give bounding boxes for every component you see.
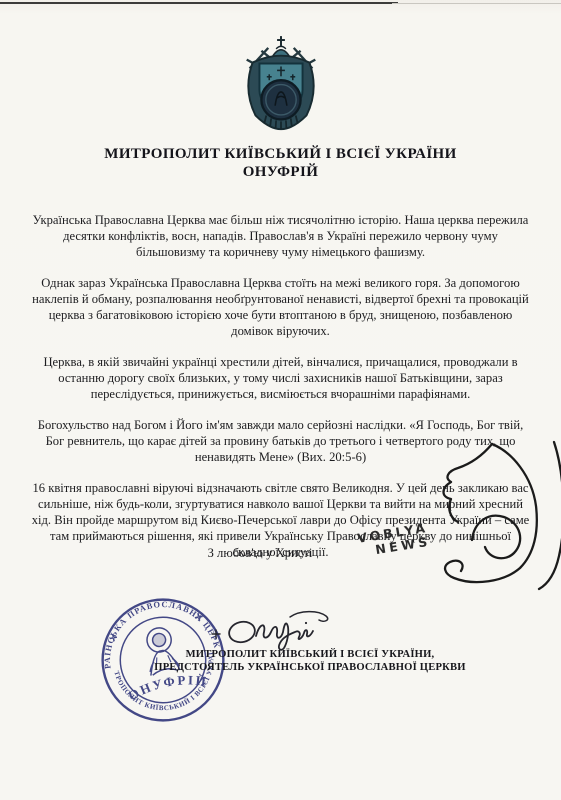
arms-mitre-detail [276, 46, 286, 48]
paragraph-3: Церква, в якій звичайні українці хрестил… [30, 354, 531, 402]
arms-top-cross-icon [277, 36, 285, 46]
signature-title-line-1: МИТРОПОЛИТ КИЇВСЬКИЙ І ВСІЄЇ УКРАЇНИ, [100, 648, 520, 661]
scanned-letter-page: МИТРОПОЛИТ КИЇВСЬКИЙ І ВСІЄЇ УКРАЇНИ ОНУ… [0, 0, 561, 800]
metropolitan-coat-of-arms-icon [232, 34, 330, 146]
arms-medallion-icon [261, 80, 300, 119]
paragraph-1: Українська Православна Церква має більш … [30, 212, 531, 260]
signature-title-block: МИТРОПОЛИТ КИЇВСЬКИЙ І ВСІЄЇ УКРАЇНИ, ПР… [100, 648, 520, 674]
letter-heading: МИТРОПОЛИТ КИЇВСЬКИЙ І ВСІЄЇ УКРАЇНИ ОНУ… [0, 145, 561, 181]
heading-line-2: ОНУФРІЙ [0, 163, 561, 181]
hand-drawn-doodle-icon [428, 436, 561, 596]
scan-edge-artifact-light [392, 3, 561, 4]
signature-cross-icon [212, 630, 220, 638]
heading-line-1: МИТРОПОЛИТ КИЇВСЬКИЙ І ВСІЄЇ УКРАЇНИ [0, 145, 561, 163]
scan-edge-artifact-dark [0, 2, 398, 4]
signature-title-line-2: ПРЕДСТОЯТЕЛЬ УКРАЇНСЬКОЇ ПРАВОСЛАВНОЇ ЦЕ… [100, 661, 520, 674]
paragraph-2: Однак зараз Українська Православна Церкв… [30, 275, 531, 339]
